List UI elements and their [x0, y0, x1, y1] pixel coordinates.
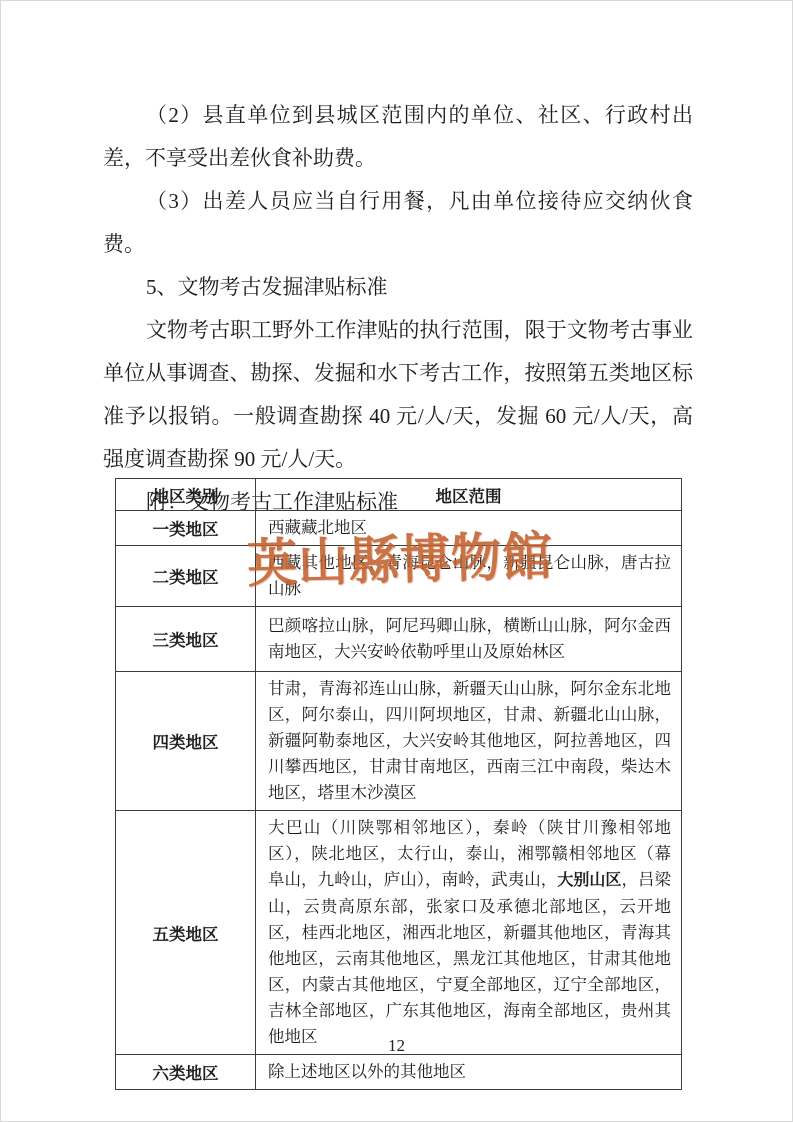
range-cell: 西藏其他地区，青海昆仑山脉，新疆昆仑山脉，唐古拉山脉 [256, 546, 682, 607]
header-region-range: 地区范围 [256, 479, 682, 511]
paragraph-item-3: （3）出差人员应当自行用餐，凡由单位接待应交纳伙食费。 [103, 180, 693, 266]
table-row: 一类地区 西藏藏北地区 [116, 511, 682, 546]
table-row: 四类地区 甘肃，青海祁连山山脉，新疆天山山脉，阿尔金东北地区，阿尔泰山，四川阿坝… [116, 672, 682, 811]
table-row: 五类地区 大巴山（川陕鄂相邻地区），秦岭（陕甘川豫相邻地区），陕北地区，太行山，… [116, 811, 682, 1055]
table-row: 二类地区 西藏其他地区，青海昆仑山脉，新疆昆仑山脉，唐古拉山脉 [116, 546, 682, 607]
category-cell: 三类地区 [116, 607, 256, 672]
range-text-bold: 大别山区 [557, 872, 621, 889]
table-header-row: 地区类别 地区范围 [116, 479, 682, 511]
range-text: ，吕梁山，云贵高原东部，张家口及承德北部地区，云开地区，桂西北地区，湘西北地区，… [268, 870, 671, 1046]
body-text: （2）县直单位到县城区范围内的单位、社区、行政村出差，不享受出差伙食补助费。 （… [103, 94, 693, 524]
range-cell: 西藏藏北地区 [256, 511, 682, 546]
category-cell: 一类地区 [116, 511, 256, 546]
category-cell: 二类地区 [116, 546, 256, 607]
document-page: （2）县直单位到县城区范围内的单位、社区、行政村出差，不享受出差伙食补助费。 （… [0, 0, 793, 1122]
category-cell: 四类地区 [116, 672, 256, 811]
range-cell: 甘肃，青海祁连山山脉，新疆天山山脉，阿尔金东北地区，阿尔泰山，四川阿坝地区，甘肃… [256, 672, 682, 811]
table-row: 六类地区 除上述地区以外的其他地区 [116, 1055, 682, 1090]
range-cell: 大巴山（川陕鄂相邻地区），秦岭（陕甘川豫相邻地区），陕北地区，太行山，泰山，湘鄂… [256, 811, 682, 1055]
page-number: 12 [0, 1036, 793, 1056]
section-heading-5: 5、文物考古发掘津贴标准 [103, 266, 693, 309]
table-row: 三类地区 巴颜喀拉山脉，阿尼玛卿山脉，横断山山脉，阿尔金西南地区，大兴安岭依勒呼… [116, 607, 682, 672]
paragraph-item-2: （2）县直单位到县城区范围内的单位、社区、行政村出差，不享受出差伙食补助费。 [103, 94, 693, 180]
range-cell: 巴颜喀拉山脉，阿尼玛卿山脉，横断山山脉，阿尔金西南地区，大兴安岭依勒呼里山及原始… [256, 607, 682, 672]
range-cell: 除上述地区以外的其他地区 [256, 1055, 682, 1090]
category-cell: 六类地区 [116, 1055, 256, 1090]
category-cell: 五类地区 [116, 811, 256, 1055]
region-subsidy-table: 地区类别 地区范围 一类地区 西藏藏北地区 二类地区 西藏其他地区，青海昆仑山脉… [115, 478, 682, 1090]
paragraph-subsidy-scope: 文物考古职工野外工作津贴的执行范围，限于文物考古事业单位从事调查、勘探、发掘和水… [103, 309, 693, 481]
header-region-category: 地区类别 [116, 479, 256, 511]
